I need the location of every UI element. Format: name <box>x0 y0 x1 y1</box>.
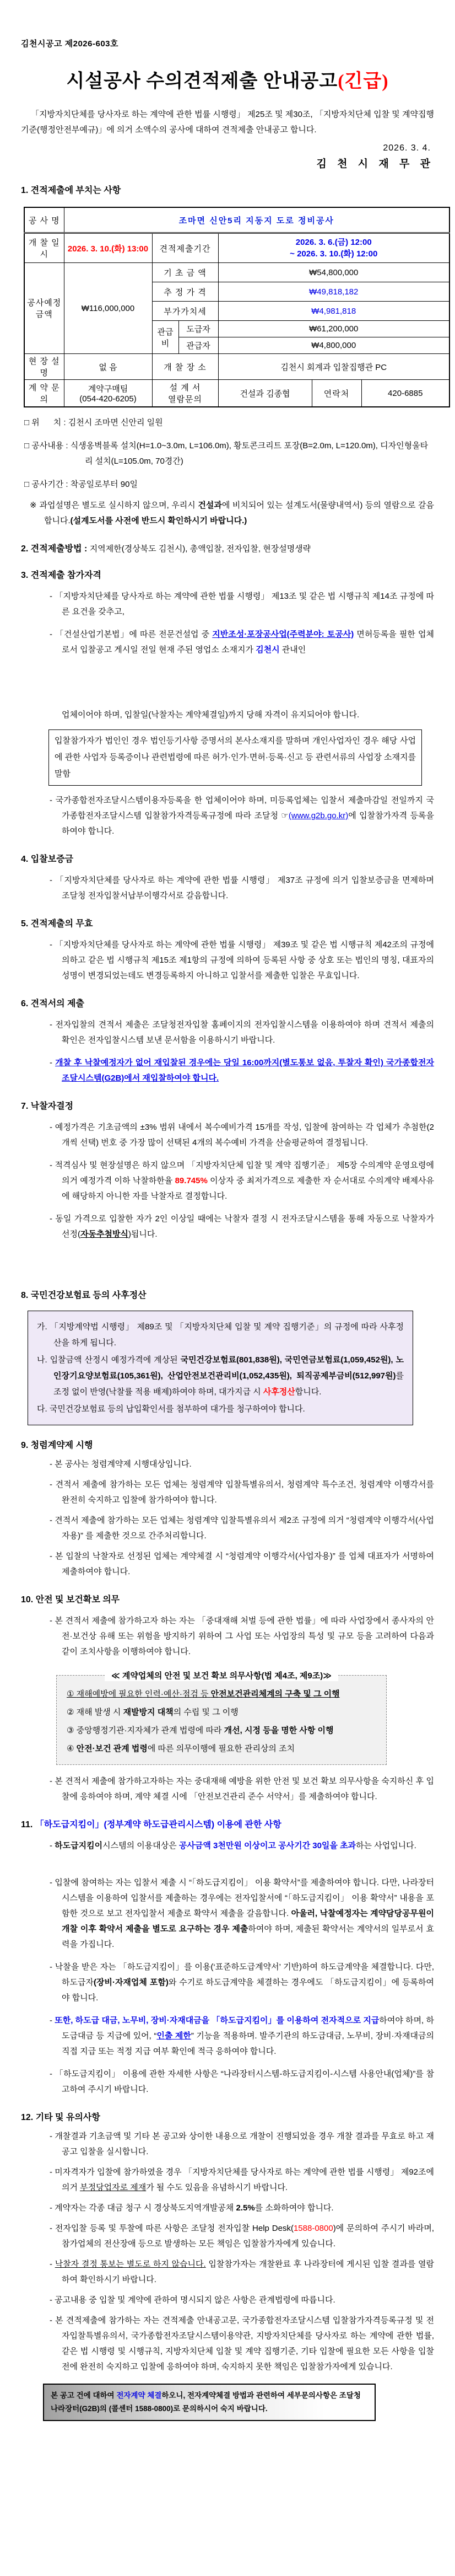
license-type-link[interactable]: 지반조성·포장공사업(주력분야: 토공사) <box>212 630 354 639</box>
section-4-heading: 4. 입찰보증금 <box>21 854 434 866</box>
government-supply-label: 관급비 <box>152 321 178 354</box>
site-briefing-value: 없 음 <box>64 354 152 380</box>
item-text: ③ 중앙행정기관·지자체가 관계 법령에 따라 <box>67 1726 224 1735</box>
site-briefing-label: 현 장 설 명 <box>24 354 64 380</box>
page-break-spacer <box>21 658 434 707</box>
bullet-continuation: 업체이어야 하며, 입찰일(낙찰자는 계약체결일)까지 당해 자격이 유지되어야… <box>50 707 434 723</box>
bullet-item: - 낙찰을 받은 자는 「하도급지킴이」를 이용(‘표준하도급계약서’ 기반)하… <box>50 1960 434 2006</box>
work-content-line: □ 공사내용 : 식생옹벽블록 설치(H=1.0~3.0m, L=106.0m)… <box>24 438 434 469</box>
bullet-dash: - <box>50 1058 55 1067</box>
design-view-label: 설 계 서 열람문의 <box>152 380 218 407</box>
bullet-item: - 견적서 제출에 참가하는 모든 업체는 청렴계약 입찰특별유의서 제2조 규… <box>50 1513 434 1544</box>
bullet-item: - 전자입찰 등록 및 투찰에 따른 사항은 조달청 전자입찰 Help Des… <box>50 2221 434 2252</box>
opening-place-value: 김천시 회계과 입찰집행관 PC <box>218 354 449 380</box>
opening-datetime-label: 개 찰 일 시 <box>24 233 64 263</box>
auto-lottery-label: 자동추첨방식 <box>80 1230 128 1239</box>
section-5-heading: 5. 견적제출의 무효 <box>21 918 434 930</box>
bullet-bold-text: (장비·자재업체 포함) <box>94 1978 169 1987</box>
safety-item-2: ② 재해 발생 시 재발방지 대책의 수립 및 그 이행 <box>67 1704 376 1721</box>
notice-number: 김천시공고 제2026-603호 <box>21 37 434 49</box>
bullet-item: - 낙찰자 결정 통보는 별도로 하지 않습니다. 입찰참가자는 개찰완료 후 … <box>50 2257 434 2288</box>
hadogeup-label: 하도급지킴이 <box>55 1841 102 1850</box>
target-condition: 공사금액 3천만원 이상이고 공사기간 30일을 초과 <box>179 1841 356 1850</box>
safety-item-3: ③ 중앙행정기관·지자체가 관계 법령에 따라 개선, 시정 등을 명한 사항 … <box>67 1722 376 1739</box>
item-text: 의 수립 및 그 이행 <box>174 1708 239 1717</box>
submission-period-line1: 2026. 3. 6.(금) 12:00 <box>220 237 448 248</box>
safety-item-1: ① 재해예방에 필요한 인력·예산·점검 등 안전보건관리체계의 구축 및 그 … <box>67 1686 376 1703</box>
budget-value: ₩116,000,000 <box>64 263 152 354</box>
work-period-line: □ 공사기간 : 착공일로부터 90일 <box>24 477 434 492</box>
section-2-label: 2. 견적제출방법 : <box>21 544 90 554</box>
announcement-page: 김천시공고 제2026-603호 시설공사 수의견적제출 안내공고(긴급) 「지… <box>0 0 455 2421</box>
bullet-item: - 개찰 후 낙찰예정자가 없어 재입찰된 경우에는 당일 16:00까지(별도… <box>50 1055 434 1086</box>
bullet-dash: - <box>50 2260 55 2269</box>
design-view-label-line2: 열람문의 <box>154 393 216 405</box>
lower-limit-rate: 89.745% <box>175 1176 208 1185</box>
sanction-text: 부정당업자로 제재 <box>80 2183 146 2192</box>
final-notice-box: 본 공고 건에 대하여 전자계약 체결하오니, 전자계약체결 방법과 관련하여 … <box>43 2384 376 2421</box>
e-contract-label: 전자계약 체결 <box>116 2391 161 2400</box>
contractor-portion-value: ₩61,200,000 <box>218 321 449 337</box>
bullet-item: - 본 견적제출에 참가하는 자는 견적제출 안내공고문, 국가종합전자조달시스… <box>50 2313 434 2375</box>
final-text: 본 공고 건에 대하여 <box>51 2391 116 2400</box>
bullet-item: - 본 공사는 청렴계약제 시행대상입니다. <box>50 1457 434 1472</box>
announcement-date: 2026. 3. 4. <box>21 143 434 153</box>
submission-period-label: 견적제출기간 <box>152 233 218 263</box>
bullet-item: - 동일 가격으로 입찰한 자가 2인 이상일 때에는 낙찰자 결정 시 전자조… <box>50 1211 434 1242</box>
issuer-name: 김 천 시 재 무 관 <box>21 155 434 170</box>
bullet-item: - 「지방자치단체를 당사자로 하는 계약에 관한 법률 시행령」 제13조 및… <box>50 589 434 620</box>
design-view-label-line1: 설 계 서 <box>154 382 216 393</box>
intro-paragraph: 「지방자치단체를 당사자로 하는 계약에 관한 법률 시행령」 제25조 및 제… <box>21 107 434 138</box>
helpdesk-phone: 1588-0800 <box>294 2224 333 2233</box>
submission-period-value: 2026. 3. 6.(금) 12:00 ~ 2026. 3. 10.(화) 1… <box>218 233 449 263</box>
base-amount-value: ₩54,800,000 <box>218 263 449 282</box>
bullet-text: 시스템의 이용대상은 <box>102 1841 179 1850</box>
bullet-item: - 하도급지킴이시스템의 이용대상은 공사금액 3천만원 이상이고 공사기간 3… <box>50 1838 434 1854</box>
task-note-warning: (설계도서를 사전에 반드시 확인하시기 바랍니다.) <box>71 516 247 525</box>
section-2-heading: 2. 견적제출방법 : 지역제한(경상북도 김천시), 총액입찰, 전자입찰, … <box>21 543 434 555</box>
bullet-item: - 국가종합전자조달시스템이용자등록을 한 업체이어야 하며, 미등록업체는 입… <box>50 793 434 839</box>
contract-contact-value: 계약구매팀 (054-420-6205) <box>64 380 152 407</box>
item-text: ② 재해 발생 시 <box>67 1708 123 1717</box>
contract-team: 계약구매팀 <box>66 383 150 394</box>
section-11-title: 「하도급지킴이」(정부계약 하도급관리시스템) 이용에 관한 사항 <box>35 1820 281 1829</box>
bond-rate: 2.5% <box>236 2203 254 2213</box>
bullet-text: 하는 사업입니다. <box>356 1841 416 1850</box>
safety-obligation-box: ≪ 계약업체의 안전 및 보건 확보 의무사항(법 제4조, 제9조)≫ ① 재… <box>56 1675 387 1765</box>
settlement-item-ga: 가. 「지방계약법 시행령」 제89조 및 「지방자치단체 입찰 및 계약 집행… <box>37 1319 404 1351</box>
base-amount-label: 기 초 금 액 <box>152 263 218 282</box>
page-break-spacer <box>21 1854 434 1868</box>
section-number: 11. <box>21 1820 35 1829</box>
page-title: 시설공사 수의견적제출 안내공고(긴급) <box>21 66 434 93</box>
bullet-item: - 본 입찰의 낙찰자로 선정된 업체는 계약체결 시 “청렴계약 이행각서(사… <box>50 1549 434 1580</box>
task-note-dept: 건설과 <box>198 501 221 510</box>
contractor-portion-label: 도급자 <box>178 321 218 337</box>
vat-value: ₩4,981,818 <box>218 302 449 321</box>
bullet-text: 관내인 <box>280 645 306 654</box>
tel-label: 연락처 <box>312 380 361 407</box>
bullet-item: - 「지방자치단체를 당사자로 하는 계약에 관한 법률 시행령」 제37조 규… <box>50 873 434 904</box>
section-1-heading: 1. 견적제출에 부치는 사항 <box>21 185 434 197</box>
section-9-heading: 9. 청렴계약제 시행 <box>21 1440 434 1452</box>
bullet-dash: - <box>50 1841 55 1850</box>
no-notice-text: 낙찰자 결정 통보는 별도로 하지 않습니다. <box>55 2260 206 2269</box>
rebid-notice: 개찰 후 낙찰예정자가 없어 재입찰된 경우에는 당일 16:00까지(별도통보… <box>55 1058 434 1083</box>
title-text: 시설공사 수의견적제출 안내공고 <box>66 71 338 92</box>
project-name-value: 조마면 신안5리 지동지 도로 정비공사 <box>64 207 449 233</box>
withdrawal-limit-label: 인출 제한 <box>156 2031 191 2041</box>
section-7-heading: 7. 낙찰자결정 <box>21 1101 434 1113</box>
bullet-text: 를 소화하여야 합니다. <box>255 2203 334 2213</box>
design-dept-value: 건설과 김종협 <box>218 380 312 407</box>
vat-label: 부가가치세 <box>152 302 218 321</box>
safety-item-4: ④ 안전·보건 관계 법령에 따른 의무이행에 필요한 관리상의 조치 <box>67 1741 376 1757</box>
submission-period-line2: ~ 2026. 3. 10.(화) 12:00 <box>220 248 448 260</box>
task-note: ※ 과업설명은 별도로 실시하지 않으며, 우리시 건설과에 비치되어 있는 설… <box>30 498 434 529</box>
bullet-item: - 견적서 제출에 참가하는 모든 업체는 청렴계약 입찰특별유의서, 청렴계약… <box>50 1477 434 1508</box>
project-name-label: 공 사 명 <box>24 207 64 233</box>
bullet-text: )됩니다. <box>128 1230 158 1239</box>
section-6-heading: 6. 견적서의 제출 <box>21 998 434 1010</box>
tel-value: 420-6885 <box>361 380 449 407</box>
item-number: ④ <box>67 1744 77 1753</box>
bullet-text: - 「건설산업기본법」에 따른 전문건설업 중 <box>50 630 212 639</box>
section-2-text: 지역제한(경상북도 김천시), 총액입찰, 전자입찰, 현장설명생략 <box>90 544 311 554</box>
settlement-item-na: 나. 입찰금액 산정시 예정가격에 계상된 국민건강보험료(801,838원),… <box>37 1352 404 1400</box>
corporate-note-box: 입찰참가자가 법인인 경우 법인등기사항 증명서의 본사소재지를 말하며 개인사… <box>48 729 422 786</box>
bullet-item: - 전자입찰의 견적서 제출은 조달청전자입찰 홈페이지의 전자입찰시스템을 이… <box>50 1017 434 1048</box>
g2b-link[interactable]: (www.g2b.go.kr) <box>289 811 348 820</box>
settlement-text: 합니다. <box>295 1387 322 1397</box>
item-bold-text: 재발방지 대책 <box>123 1708 174 1717</box>
bullet-item: - 공고내용 중 입찰 및 계약에 관하여 명시되지 않은 사항은 관계법령에 … <box>50 2293 434 2308</box>
estimated-price-label: 추 정 가 격 <box>152 282 218 302</box>
budget-label: 공사예정금액 <box>24 263 64 354</box>
section-8-heading: 8. 국민건강보험료 등의 사후정산 <box>21 1290 434 1302</box>
item-number: ① <box>67 1689 77 1699</box>
bullet-item: - 본 견적서 제출에 참가하고자 하는 자는 「중대재해 처벌 등에 관한 법… <box>50 1613 434 1660</box>
safety-box-title: ≪ 계약업체의 안전 및 보건 확보 의무사항(법 제4조, 제9조)≫ <box>105 1670 338 1681</box>
bullet-item: - 계약자는 각종 대금 청구 시 경상북도지역개발공채 2.5%를 소화하여야… <box>50 2201 434 2216</box>
item-text: 재해예방에 필요한 인력·예산·점검 등 <box>77 1689 211 1699</box>
location-line: □ 위 치 : 김천시 조마면 신안리 일원 <box>24 415 434 431</box>
bullet-item: - 또한, 하도급 대금, 노무비, 장비·자재대금을 「하도급지킴이」를 이용… <box>50 2013 434 2059</box>
bullet-item: - 「하도급지킴이」 이용에 관한 자세한 사항은 “나라장터시스템-하도급지킴… <box>50 2067 434 2097</box>
bullet-item: - 본 견적서 제출에 참가하고자하는 자는 중대재해 예방을 위한 안전 및 … <box>50 1774 434 1805</box>
gov-portion-value: ₩4,800,000 <box>218 337 449 354</box>
bid-info-table: 공 사 명 조마면 신안5리 지동지 도로 정비공사 개 찰 일 시 2026.… <box>24 207 450 407</box>
bullet-text: 가 될 수도 있음을 유념하시기 바랍니다. <box>146 2183 288 2192</box>
bullet-item: - 예정가격은 기초금액의 ±3% 범위 내에서 복수예비가격 15개를 작성,… <box>50 1120 434 1151</box>
urgent-label: (긴급) <box>338 71 388 92</box>
opening-datetime-value: 2026. 3. 10.(화) 13:00 <box>64 233 152 263</box>
section-3-heading: 3. 견적제출 참가자격 <box>21 570 434 582</box>
bullet-item: - 미자격자가 입찰에 참가하였을 경우 「지방자치단체를 당사자로 하는 계약… <box>50 2165 434 2196</box>
task-note-part: ※ 과업설명은 별도로 실시하지 않으며, 우리시 <box>30 501 198 510</box>
bullet-item: - 입찰에 참여하는 자는 입찰서 제출 시 “「하도급지킴이」 이용 확약서”… <box>50 1875 434 1952</box>
page-break-spacer <box>21 1242 434 1275</box>
item-bold-text: 안전보건관리체계의 구축 및 그 이행 <box>211 1689 340 1699</box>
bullet-item: - 「지방자치단체를 당사자로 하는 계약에 관한 법률 시행령」 제39조 및… <box>50 937 434 984</box>
bullet-item: - 「건설산업기본법」에 따른 전문건설업 중 지반조성·포장공사업(주력분야:… <box>50 627 434 658</box>
item-bold-text: 안전·보건 관계 법령 <box>77 1744 148 1753</box>
section-10-heading: 10. 안전 및 보건확보 의무 <box>21 1594 434 1606</box>
section-11-heading: 11. 「하도급지킴이」(정부계약 하도급관리시스템) 이용에 관한 사항 <box>21 1819 434 1831</box>
post-settlement-box: 가. 「지방계약법 시행령」 제89조 및 「지방자치단체 입찰 및 계약 집행… <box>28 1311 413 1425</box>
post-settlement-label: 사후정산 <box>263 1387 295 1397</box>
region-name: 김천시 <box>256 645 279 654</box>
item-bold-text: 개선, 시정 등을 명한 사항 이행 <box>224 1726 334 1735</box>
bullet-item: - 개찰결과 기초금액 및 기타 본 공고와 상이한 내용으로 개찰이 진행되었… <box>50 2129 434 2160</box>
estimated-price-value: ₩49,818,182 <box>218 282 449 302</box>
electronic-payment-text: 또한, 하도급 대금, 노무비, 장비·자재대금을 「하도급지킴이」를 이용하여… <box>55 2016 379 2025</box>
item-text: 에 따른 의무이행에 필요한 관리상의 조치 <box>148 1744 295 1753</box>
opening-place-label: 개 찰 장 소 <box>152 354 218 380</box>
contract-contact-label: 계 약 문 의 <box>24 380 64 407</box>
bullet-text: - 전자입찰 등록 및 투찰에 따른 사항은 조달청 전자입찰 Help Des… <box>50 2224 294 2233</box>
settlement-item-da: 다. 국민건강보험료 등의 납입확인서를 첨부하여 대가를 청구하여야 합니다. <box>37 1401 404 1417</box>
settlement-text: 나. 입찰금액 산정시 예정가격에 계상된 <box>37 1355 181 1365</box>
bullet-item: - 적격심사 및 현장설명은 하지 않으며 「지방자치단체 입찰 및 계약 집행… <box>50 1158 434 1204</box>
section-12-heading: 12. 기타 및 유의사항 <box>21 2112 434 2124</box>
bullet-text: - 계약자는 각종 대금 청구 시 경상북도지역개발공채 <box>50 2203 236 2213</box>
contract-phone: (054-420-6205) <box>66 394 150 404</box>
gov-portion-label: 관급자 <box>178 337 218 354</box>
bullet-dash: - <box>50 2016 55 2025</box>
